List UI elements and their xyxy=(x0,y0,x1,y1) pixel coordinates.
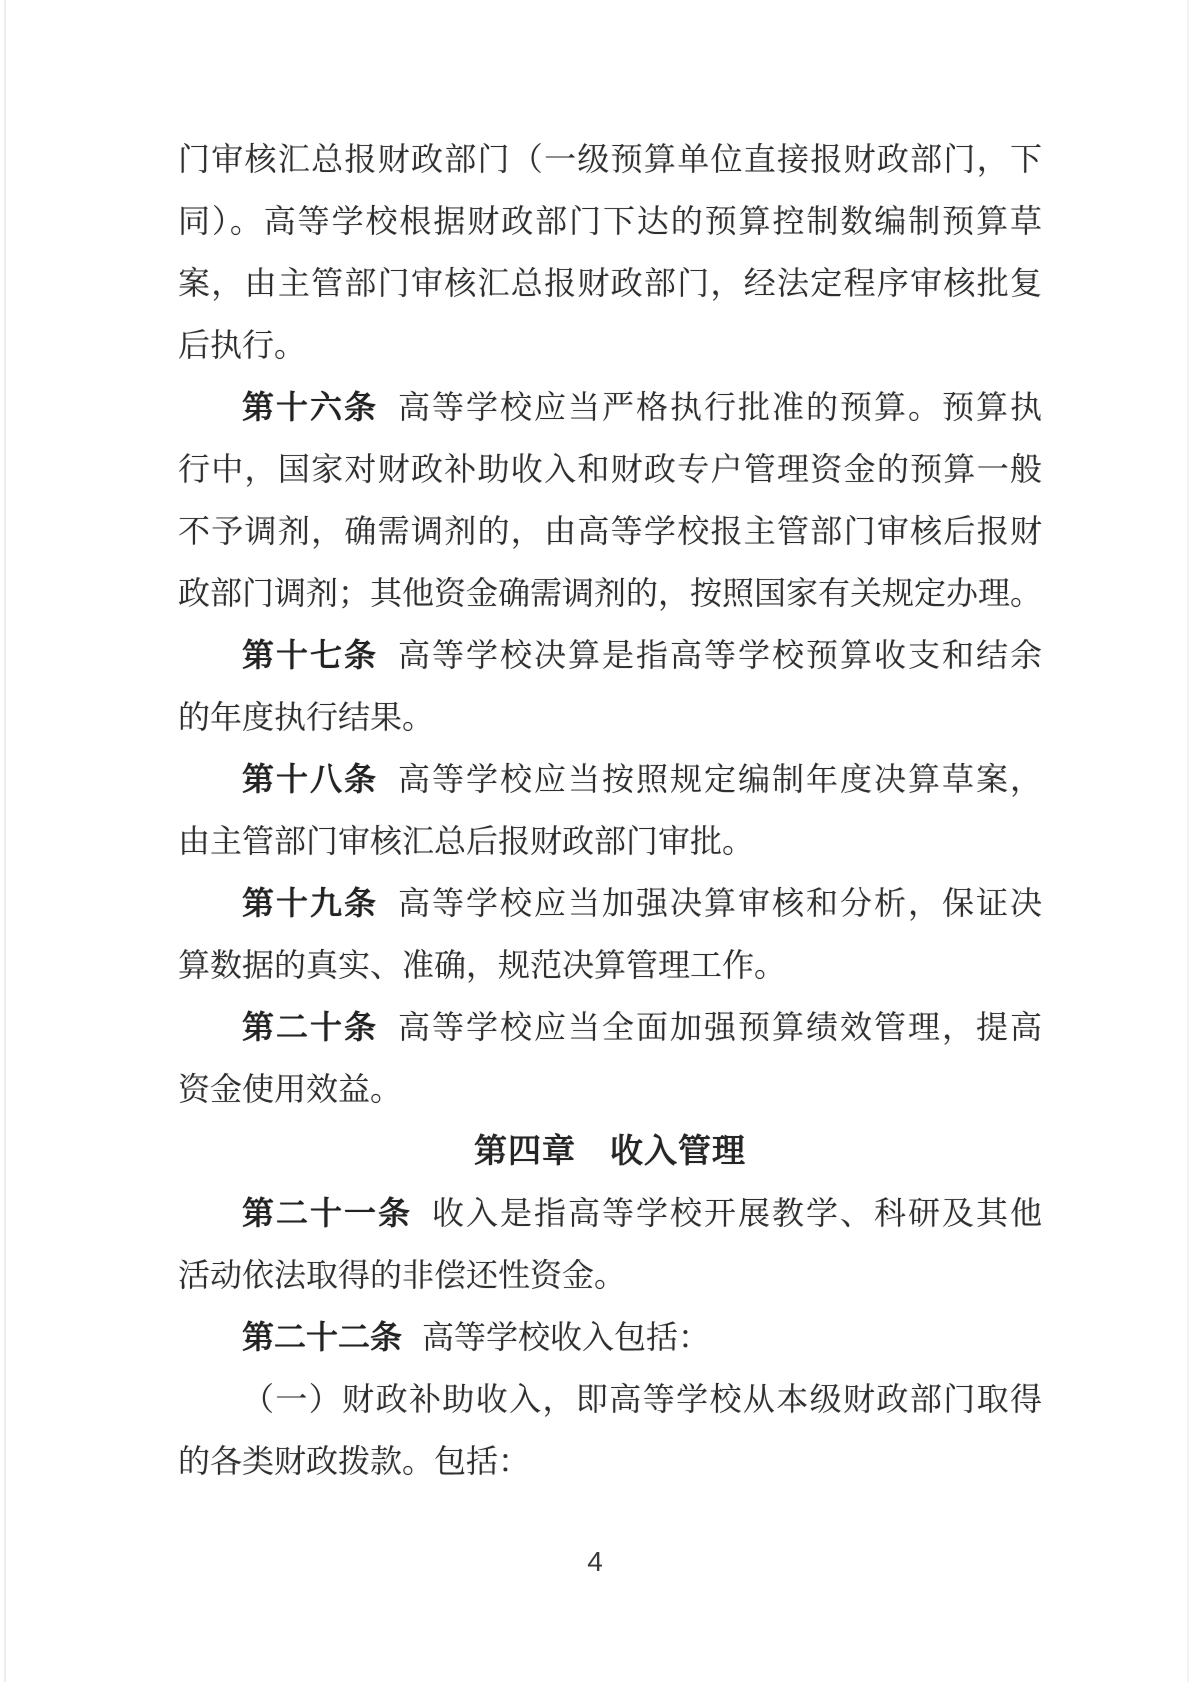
text-line: 第十九条高等学校应当加强决算审核和分析，保证决 xyxy=(178,872,1042,934)
article-number: 第十九条 xyxy=(242,885,378,921)
text-line: 第二十条高等学校应当全面加强预算绩效管理，提高 xyxy=(178,996,1042,1058)
line-text: 后执行。 xyxy=(178,327,306,363)
line-text: 的年度执行结果。 xyxy=(178,699,434,735)
line-text: 政部门调剂；其他资金确需调剂的，按照国家有关规定办理。 xyxy=(178,575,1042,611)
chapter-heading: 第四章 收入管理 xyxy=(178,1120,1042,1182)
text-line: 政部门调剂；其他资金确需调剂的，按照国家有关规定办理。 xyxy=(178,562,1042,624)
line-text: 行中，国家对财政补助收入和财政专户管理资金的预算一般 xyxy=(178,451,1042,487)
line-text: 高等学校应当加强决算审核和分析，保证决 xyxy=(398,885,1042,921)
text-line: 算数据的真实、准确，规范决算管理工作。 xyxy=(178,934,1042,996)
line-text: （一）财政补助收入，即高等学校从本级财政部门取得 xyxy=(242,1381,1042,1417)
article-number: 第二十一条 xyxy=(242,1195,412,1231)
line-text: 的各类财政拨款。包括： xyxy=(178,1443,530,1479)
text-line: 案，由主管部门审核汇总报财政部门，经法定程序审核批复 xyxy=(178,252,1042,314)
article-number: 第二十条 xyxy=(242,1009,378,1045)
text-line: 活动依法取得的非偿还性资金。 xyxy=(178,1244,1042,1306)
document-body: 门审核汇总报财政部门（一级预算单位直接报财政部门，下 同）。高等学校根据财政部门… xyxy=(178,128,1042,1492)
text-line: 行中，国家对财政补助收入和财政专户管理资金的预算一般 xyxy=(178,438,1042,500)
line-text: 案，由主管部门审核汇总报财政部门，经法定程序审核批复 xyxy=(178,265,1042,301)
line-text: 高等学校应当全面加强预算绩效管理，提高 xyxy=(398,1009,1042,1045)
text-line: 资金使用效益。 xyxy=(178,1058,1042,1120)
text-line: 的各类财政拨款。包括： xyxy=(178,1430,1042,1492)
line-text: 资金使用效益。 xyxy=(178,1071,402,1107)
line-text: 高等学校应当按照规定编制年度决算草案， xyxy=(398,761,1042,797)
text-line: 第二十一条收入是指高等学校开展教学、科研及其他 xyxy=(178,1182,1042,1244)
text-line: 门审核汇总报财政部门（一级预算单位直接报财政部门，下 xyxy=(178,128,1042,190)
text-line: 第十七条高等学校决算是指高等学校预算收支和结余 xyxy=(178,624,1042,686)
line-text: 算数据的真实、准确，规范决算管理工作。 xyxy=(178,947,786,983)
text-line: 由主管部门审核汇总后报财政部门审批。 xyxy=(178,810,1042,872)
text-line: 的年度执行结果。 xyxy=(178,686,1042,748)
line-text: 高等学校收入包括： xyxy=(422,1319,710,1355)
text-line: （一）财政补助收入，即高等学校从本级财政部门取得 xyxy=(178,1368,1042,1430)
scan-edge-artifact-left xyxy=(4,0,6,1682)
line-text: 高等学校决算是指高等学校预算收支和结余 xyxy=(398,637,1042,673)
text-line: 第二十二条高等学校收入包括： xyxy=(178,1306,1042,1368)
line-text: 高等学校应当严格执行批准的预算。预算执 xyxy=(398,389,1042,425)
line-text: 由主管部门审核汇总后报财政部门审批。 xyxy=(178,823,754,859)
text-line: 后执行。 xyxy=(178,314,1042,376)
scan-edge-artifact-right xyxy=(1187,0,1189,1682)
line-text: 不予调剂，确需调剂的，由高等学校报主管部门审核后报财 xyxy=(178,513,1042,549)
line-text: 同）。高等学校根据财政部门下达的预算控制数编制预算草 xyxy=(178,203,1042,239)
line-text: 门审核汇总报财政部门（一级预算单位直接报财政部门，下 xyxy=(178,141,1042,177)
line-text: 收入是指高等学校开展教学、科研及其他 xyxy=(432,1195,1042,1231)
document-page: 门审核汇总报财政部门（一级预算单位直接报财政部门，下 同）。高等学校根据财政部门… xyxy=(0,0,1190,1682)
article-number: 第二十二条 xyxy=(242,1319,402,1355)
article-number: 第十八条 xyxy=(242,761,378,797)
page-number: 4 xyxy=(0,1546,1190,1578)
article-number: 第十七条 xyxy=(242,637,378,673)
text-line: 不予调剂，确需调剂的，由高等学校报主管部门审核后报财 xyxy=(178,500,1042,562)
text-line: 第十八条高等学校应当按照规定编制年度决算草案， xyxy=(178,748,1042,810)
text-line: 同）。高等学校根据财政部门下达的预算控制数编制预算草 xyxy=(178,190,1042,252)
line-text: 活动依法取得的非偿还性资金。 xyxy=(178,1257,626,1293)
article-number: 第十六条 xyxy=(242,389,378,425)
text-line: 第十六条高等学校应当严格执行批准的预算。预算执 xyxy=(178,376,1042,438)
